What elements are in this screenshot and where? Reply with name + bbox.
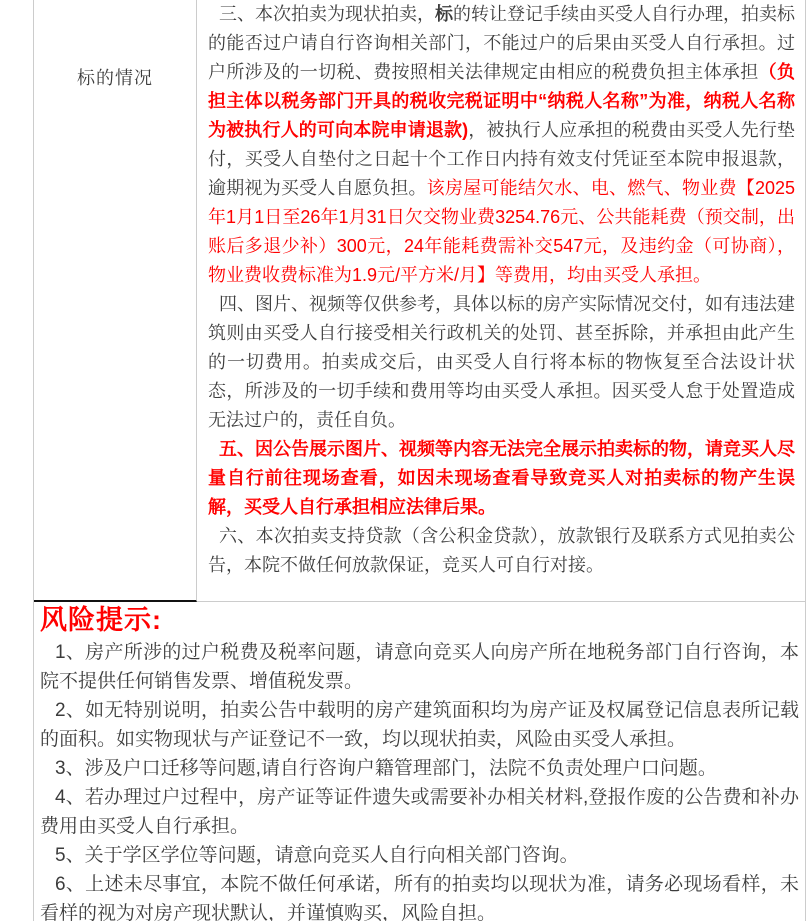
risk-list: 1、房产所涉的过户税费及税率问题，请意向竞买人向房产所在地税务部门自行咨询，本院… <box>40 638 799 921</box>
notice-paragraph-clause-5: 五、因公告展示图片、视频等内容无法完全展示拍卖标的物，请竞买人尽量自行前往现场查… <box>208 435 795 522</box>
notice-paragraph-clause-3: 三、本次拍卖为现状拍卖，标的转让登记手续由买受人自行办理，拍卖标的能否过户请自行… <box>208 0 795 290</box>
subject-status-content-cell: 三、本次拍卖为现状拍卖，标的转让登记手续由买受人自行办理，拍卖标的能否过户请自行… <box>197 0 805 602</box>
risk-item-6: 6、上述未尽事宜，本院不做任何承诺，所有的拍卖均以现状为准，请务必现场看样，未看… <box>40 870 799 921</box>
risk-item-1: 1、房产所涉的过户税费及税率问题，请意向竞买人向房产所在地税务部门自行咨询，本院… <box>40 638 799 696</box>
risk-item-5: 5、关于学区学位等问题，请意向竞买人自行向相关部门咨询。 <box>40 841 799 870</box>
risk-section: 风险提示: 1、房产所涉的过户税费及税率问题，请意向竞买人向房产所在地税务部门自… <box>34 602 805 921</box>
subject-status-label: 标的情况 <box>34 64 196 90</box>
text-run: 五、因公告展示图片、视频等内容无法完全展示拍卖标的物，请竞买人尽量自行前往现场查… <box>208 439 795 517</box>
subject-status-row: 标的情况 三、本次拍卖为现状拍卖，标的转让登记手续由买受人自行办理，拍卖标的能否… <box>34 0 805 602</box>
text-run: 六、本次拍卖支持贷款（含公积金贷款），放款银行及联系方式见拍卖公告，本院不做任何… <box>208 526 795 575</box>
notice-paragraph-clause-6: 六、本次拍卖支持贷款（含公积金贷款），放款银行及联系方式见拍卖公告，本院不做任何… <box>208 522 795 580</box>
text-run: 三、本次拍卖为现状拍卖， <box>219 4 435 24</box>
auction-notice-content: 标的情况 三、本次拍卖为现状拍卖，标的转让登记手续由买受人自行办理，拍卖标的能否… <box>33 0 806 921</box>
risk-item-3: 3、涉及户口迁移等问题,请自行咨询户籍管理部门，法院不负责处理户口问题。 <box>40 754 799 783</box>
text-run: 标 <box>435 4 453 24</box>
text-run: 四、图片、视频等仅供参考，具体以标的房产实际情况交付，如有违法建筑则由买受人自行… <box>208 294 795 430</box>
notice-paragraph-clause-4: 四、图片、视频等仅供参考，具体以标的房产实际情况交付，如有违法建筑则由买受人自行… <box>208 290 795 435</box>
risk-item-2: 2、如无特别说明，拍卖公告中载明的房产建筑面积均为房产证及权属登记信息表所记载的… <box>40 696 799 754</box>
risk-item-4: 4、若办理过户过程中，房产证等证件遗失或需要补办相关材料,登报作废的公告费和补办… <box>40 783 799 841</box>
risk-heading: 风险提示: <box>40 605 799 635</box>
subject-status-label-cell: 标的情况 <box>34 0 197 602</box>
